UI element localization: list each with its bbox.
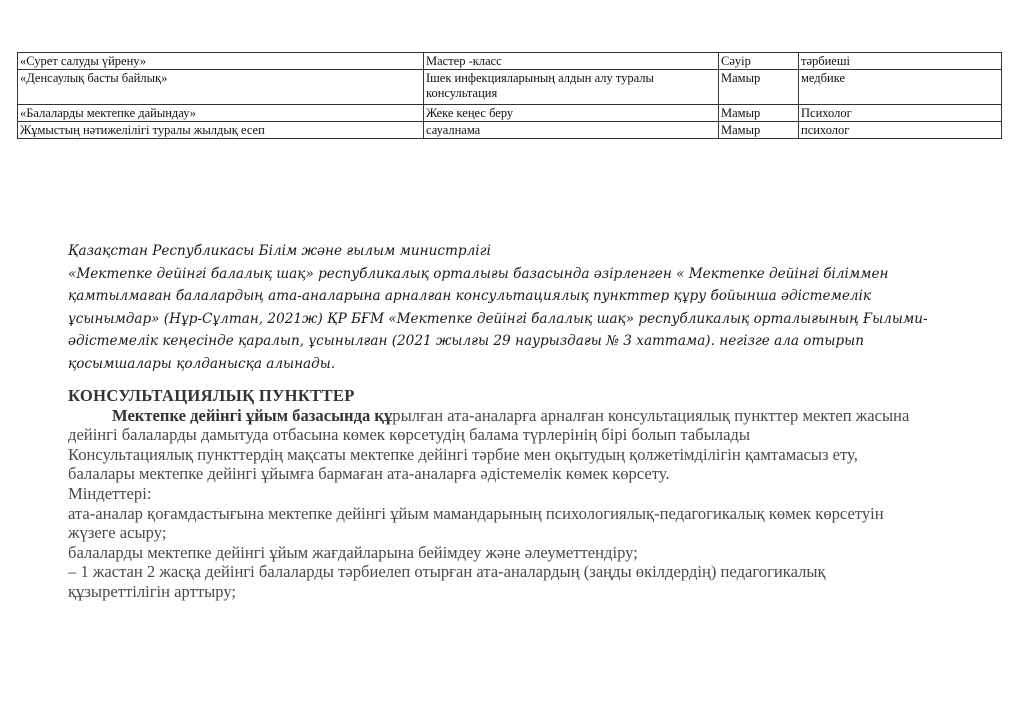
reference-line: ұсынымдар» (Нұр-Сұлтан, 2021ж) ҚР БҒМ «М… (68, 308, 968, 331)
consultation-section: КОНСУЛЬТАЦИЯЛЫҚ ПУНКТТЕР Мектепке дейінг… (68, 386, 968, 602)
event-cell: «Балаларды мектепке дайындау» (18, 105, 424, 122)
body-line: құзыреттілігін арттыру; (68, 582, 968, 602)
section-heading: КОНСУЛЬТАЦИЯЛЫҚ ПУНКТТЕР (68, 386, 968, 406)
table-row: «Сурет салуды үйрену» Мастер -класс Сәуі… (18, 53, 1002, 70)
body-line: жүзеге асыру; (68, 523, 968, 543)
table-row: «Денсаулық басты байлық» Ішек инфекцияла… (18, 70, 1002, 105)
table-row: «Балаларды мектепке дайындау» Жеке кеңес… (18, 105, 1002, 122)
responsible-cell: Психолог (799, 105, 1002, 122)
form-cell: Мастер -класс (424, 53, 719, 70)
body-line: дейінгі балаларды дамытуда отбасына көме… (68, 425, 968, 445)
reference-line: «Мектепке дейінгі балалық шақ» республик… (68, 263, 968, 286)
form-cell: Жеке кеңес беру (424, 105, 719, 122)
reference-line: қосымшалары қолданысқа алынады. (68, 353, 968, 376)
event-cell: «Денсаулық басты байлық» (18, 70, 424, 105)
ministry-line: Қазақстан Республикасы Білім және ғылым … (68, 240, 968, 263)
event-cell: «Сурет салуды үйрену» (18, 53, 424, 70)
responsible-cell: тәрбиеші (799, 53, 1002, 70)
month-cell: Сәуір (719, 53, 799, 70)
body-line: ата-аналар қоғамдастығына мектепке дейін… (68, 504, 968, 524)
reference-paragraph: Қазақстан Республикасы Білім және ғылым … (68, 240, 968, 375)
body-line: – 1 жастан 2 жасқа дейінгі балаларды тәр… (68, 562, 968, 582)
intro-line: Мектепке дейінгі ұйым базасында құрылған… (68, 406, 968, 426)
month-cell: Мамыр (719, 122, 799, 139)
body-line: балалары мектепке дейінгі ұйымға бармаға… (68, 464, 968, 484)
responsible-cell: психолог (799, 122, 1002, 139)
reference-line: қамтылмаған балалардың ата-аналарына арн… (68, 285, 968, 308)
body-line: балаларды мектепке дейінгі ұйым жағдайла… (68, 543, 968, 563)
intro-text: рылған ата-аналарға арналған консультаци… (392, 406, 909, 425)
month-cell: Мамыр (719, 70, 799, 105)
tasks-label: Міндеттері: (68, 484, 968, 504)
body-line: Консультациялық пункттердің мақсаты мект… (68, 445, 968, 465)
events-table: «Сурет салуды үйрену» Мастер -класс Сәуі… (17, 52, 1002, 139)
reference-line: әдістемелік кеңесінде қаралып, ұсынылған… (68, 330, 968, 353)
form-cell: Ішек инфекцияларының алдын алу туралы ко… (424, 70, 719, 105)
form-cell: сауалнама (424, 122, 719, 139)
intro-bold-text: Мектепке дейінгі ұйым базасында құ (112, 406, 392, 425)
responsible-cell: медбике (799, 70, 1002, 105)
event-cell: Жұмыстың нәтижелілігі туралы жылдық есеп (18, 122, 424, 139)
month-cell: Мамыр (719, 105, 799, 122)
table-row: Жұмыстың нәтижелілігі туралы жылдық есеп… (18, 122, 1002, 139)
